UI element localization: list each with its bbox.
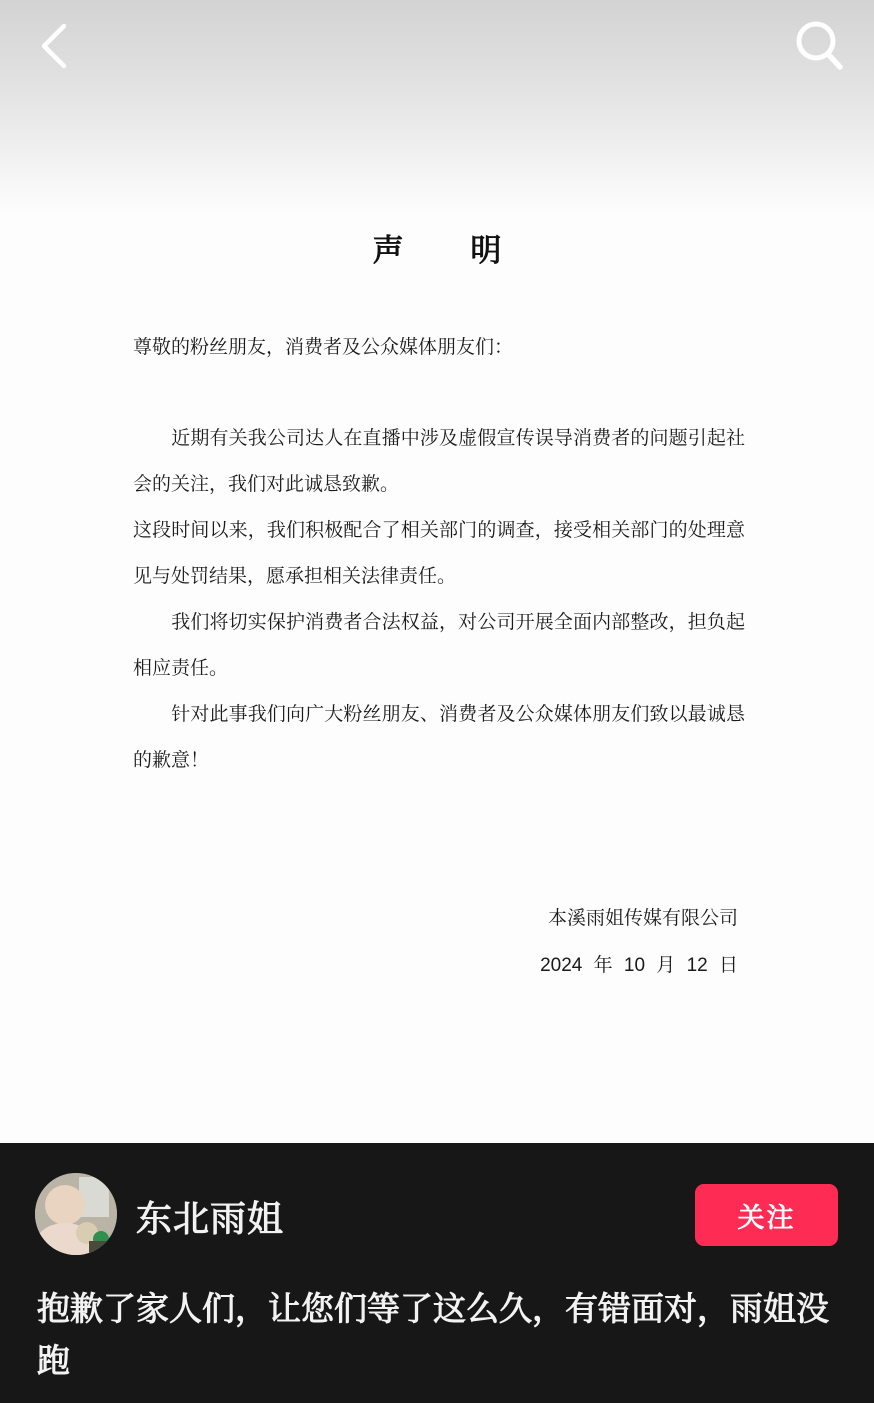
statement-paragraph: 近期有关我公司达人在直播中涉及虚假宣传误导消费者的问题引起社会的关注，我们对此诚…	[133, 415, 745, 507]
back-button[interactable]	[24, 16, 84, 76]
statement-signature: 本溪雨姐传媒有限公司	[548, 903, 738, 930]
statement-date: 2024 年 10 月 12 日	[540, 950, 738, 977]
avatar-photo-icon	[35, 1173, 117, 1255]
follow-button[interactable]: 关注	[695, 1184, 838, 1246]
statement-paragraph: 我们将切实保护消费者合法权益，对公司开展全面内部整改，担负起相应责任。	[133, 599, 745, 691]
author-avatar[interactable]	[35, 1173, 117, 1255]
post-info-panel: 东北雨姐 关注 抱歉了家人们，让您们等了这么久，有错面对，雨姐没跑	[0, 1143, 874, 1403]
header-gradient	[0, 0, 874, 215]
statement-greeting: 尊敬的粉丝朋友，消费者及公众媒体朋友们：	[133, 332, 513, 359]
chevron-left-icon	[34, 20, 74, 72]
search-button[interactable]	[790, 16, 850, 76]
statement-title: 声 明	[0, 225, 874, 270]
search-icon	[790, 16, 850, 76]
author-name[interactable]: 东北雨姐	[136, 1191, 284, 1242]
statement-paragraph: 这段时间以来，我们积极配合了相关部门的调查，接受相关部门的处理意见与处罚结果，愿…	[133, 507, 745, 599]
post-caption: 抱歉了家人们，让您们等了这么久，有错面对，雨姐没跑	[37, 1283, 837, 1387]
statement-paragraph: 针对此事我们向广大粉丝朋友、消费者及公众媒体朋友们致以最诚恳的歉意！	[133, 691, 745, 783]
